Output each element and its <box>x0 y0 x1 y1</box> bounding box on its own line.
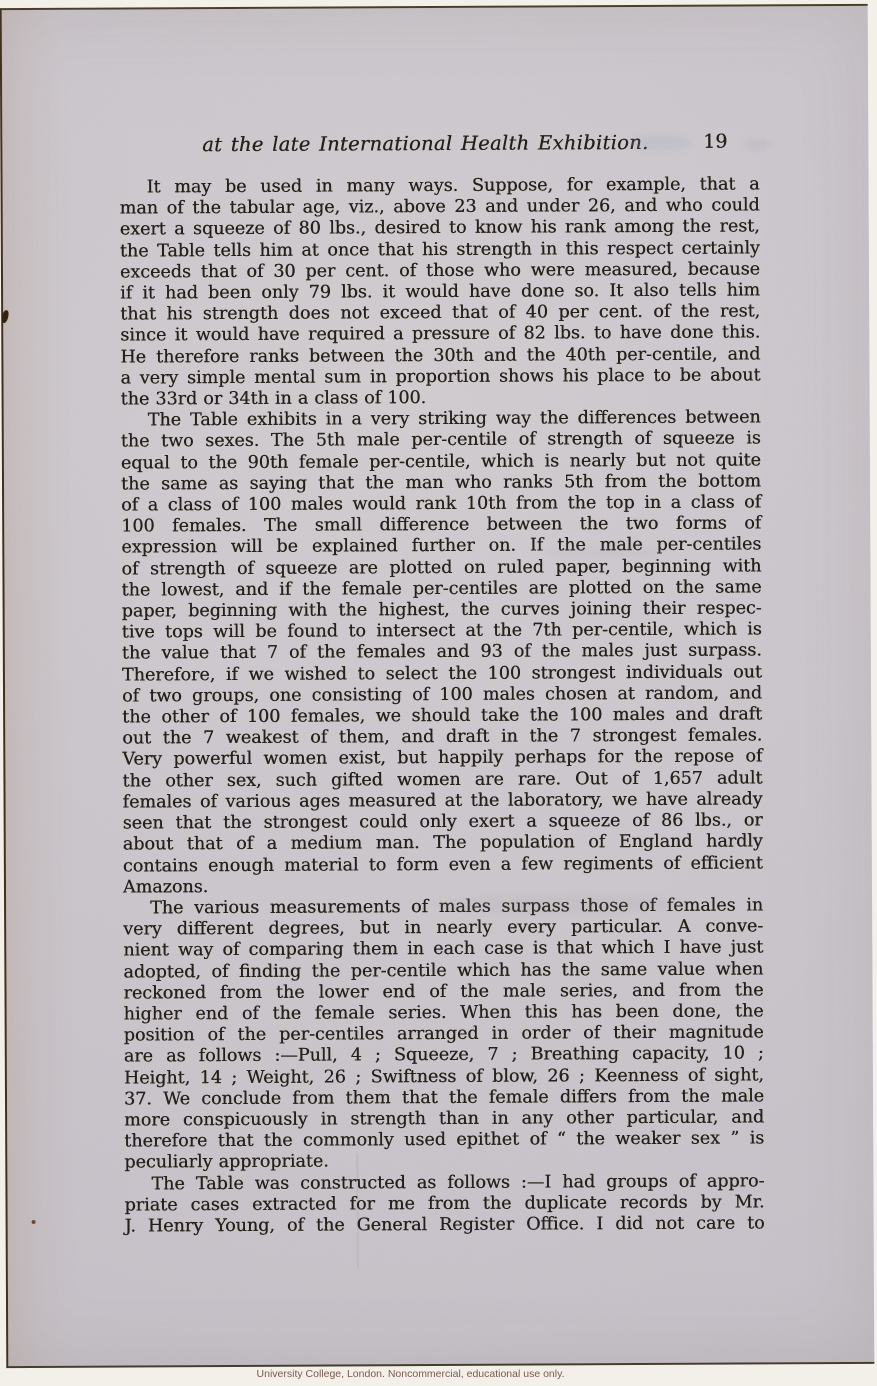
book-page-paper: at the late International Health Exhibit… <box>0 4 874 1368</box>
text-line: priate cases extracted for me from the d… <box>124 1192 764 1216</box>
scanned-book-page: at the late International Health Exhibit… <box>0 0 877 1386</box>
paragraph: The Table was constructed as follows :—I… <box>124 1171 764 1238</box>
text-line: adopted, of finding the per-centile whic… <box>123 959 763 983</box>
text-line: the Table tells him at once that his str… <box>120 238 760 262</box>
text-line: the other of 100 females, we should take… <box>122 704 762 728</box>
text-line: tive tops will be found to intersect at … <box>122 620 762 644</box>
text-line: J. Henry Young, of the General Register … <box>125 1213 765 1237</box>
text-line: contains enough material to form even a … <box>123 853 763 877</box>
text-line: He therefore ranks between the 30th and … <box>120 344 760 368</box>
text-line: expression will be explained further on.… <box>121 535 761 559</box>
text-line: nient way of comparing them in each case… <box>123 938 763 962</box>
text-line: are as follows :—Pull, 4 ; Squeeze, 7 ; … <box>124 1044 764 1068</box>
ink-speck-dot <box>32 1220 36 1224</box>
page-body: It may be used in many ways. Suppose, fo… <box>120 174 765 1237</box>
text-line: the value that 7 of the females and 93 o… <box>122 641 762 665</box>
paragraph: The Table exhibits in a very striking wa… <box>121 408 763 899</box>
text-line: the two sexes. The 5th male per-centile … <box>121 429 761 453</box>
text-line: reckoned from the lower end of the male … <box>123 980 763 1004</box>
archive-credit-bar: University College, London. Noncommercia… <box>0 1364 877 1386</box>
text-line: equal to the 90th female per-centile, wh… <box>121 450 761 474</box>
page-number: 19 <box>703 131 727 153</box>
text-line: 37. We conclude from them that the femal… <box>124 1086 764 1110</box>
text-line: out the 7 weakest of them, and draft in … <box>122 726 762 750</box>
text-line: Therefore, if we wished to select the 10… <box>122 662 762 686</box>
running-header: at the late International Health Exhibit… <box>119 130 759 161</box>
text-line: about that of a medium man. The populati… <box>123 832 763 856</box>
text-line: Very powerful women exist, but happily p… <box>122 747 762 771</box>
text-line: since it would have required a pressure … <box>120 323 760 347</box>
text-line: The Table was constructed as follows :—I… <box>124 1171 764 1195</box>
text-line: exert a squeeze of 80 lbs., desired to k… <box>120 217 760 241</box>
text-line: therefore that the commonly used epithet… <box>124 1129 764 1153</box>
ink-speck-left-edge <box>1 310 10 324</box>
paragraph: The various measurements of males surpas… <box>123 895 764 1174</box>
text-line: Height, 14 ; Weight, 26 ; Swiftness of b… <box>124 1065 764 1089</box>
text-line: of strength of squeeze are plotted on ru… <box>121 556 761 580</box>
paragraph: It may be used in many ways. Suppose, fo… <box>120 174 761 410</box>
text-line: the other sex, such gifted women are rar… <box>122 768 762 792</box>
archive-credit-text: University College, London. Noncommercia… <box>257 1364 565 1384</box>
text-line: a very simple mental sum in proportion s… <box>120 365 760 389</box>
text-line: of two groups, one consisting of 100 mal… <box>122 683 762 707</box>
running-title: at the late International Health Exhibit… <box>105 130 745 156</box>
text-line: paper, beginning with the highest, the c… <box>122 598 762 622</box>
